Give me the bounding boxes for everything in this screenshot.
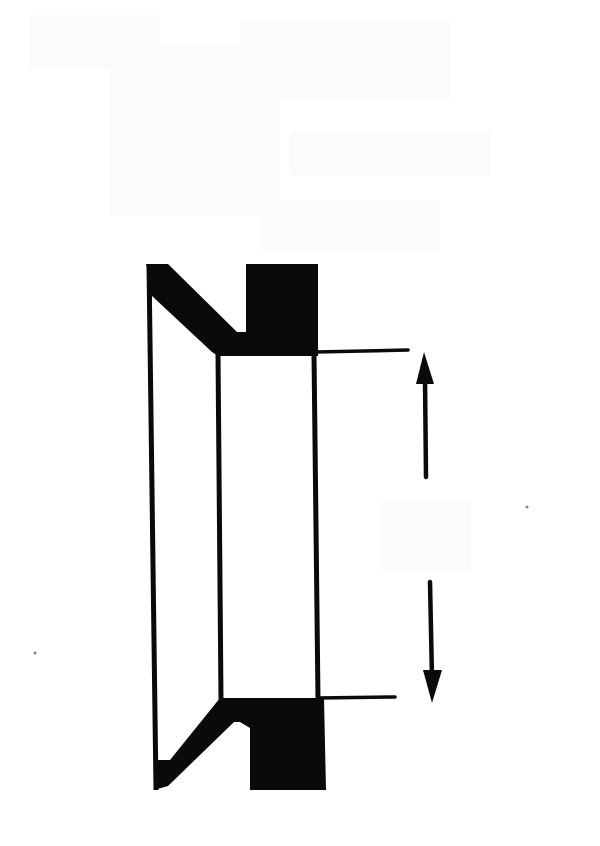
lower-flange-section [154,698,326,790]
extension-line-top [316,350,408,352]
arrow-up-icon [416,352,434,477]
speck [526,506,529,509]
speck [34,652,37,655]
outer-wall-edge [149,266,156,790]
cross-section-diagram [0,0,600,846]
arrow-down-icon [423,582,442,703]
extension-line-bottom [318,697,395,698]
bore-left-wall [218,354,221,700]
upper-flange-section [146,264,318,356]
bore-right-wall [314,354,318,700]
